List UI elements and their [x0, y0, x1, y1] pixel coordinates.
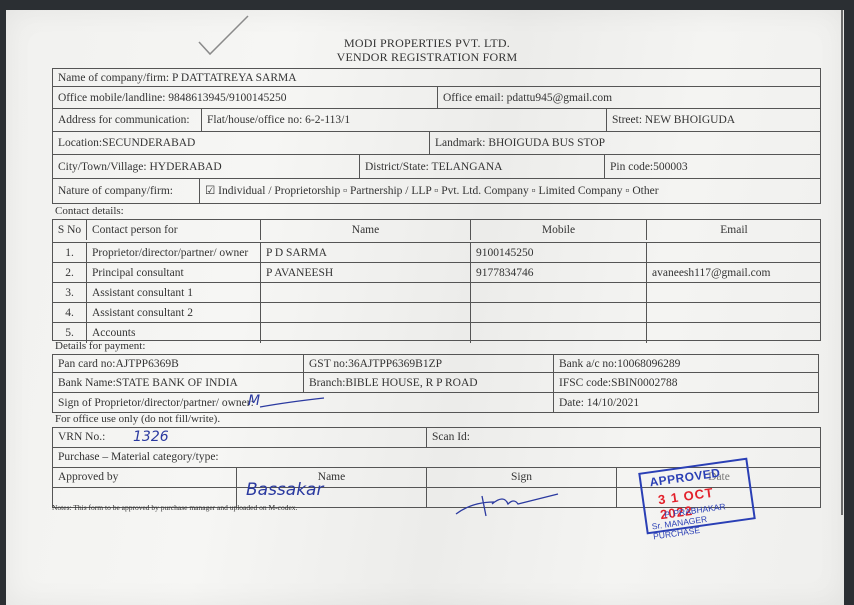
branch-field: Branch:BIBLE HOUSE, R P ROAD	[303, 373, 478, 392]
date-field: Date: 14/10/2021	[553, 393, 639, 412]
address-label: Address for communication:	[53, 111, 190, 129]
table-cell	[646, 283, 821, 303]
row-contact: Office mobile/landline: 9848613945/91001…	[52, 87, 821, 109]
table-cell	[646, 303, 821, 323]
bank-account-field: Bank a/c no:10068096289	[553, 355, 680, 373]
table-cell	[260, 303, 470, 323]
company-heading: MODI PROPERTIES PVT. LTD.	[0, 36, 854, 51]
approver-signature	[452, 490, 562, 518]
bank-name-field: Bank Name:STATE BANK OF INDIA	[53, 374, 238, 392]
sign-label: Sign of Proprietor/director/partner/ own…	[53, 394, 254, 412]
column-header: S No	[53, 220, 86, 240]
approval-date-cell	[616, 488, 622, 507]
table-cell: 2.	[53, 263, 86, 283]
district-field: District/State: TELANGANA	[359, 155, 502, 178]
office-email-field: Office email: pdattu945@gmail.com	[437, 87, 612, 108]
office-mobile-field: Office mobile/landline: 9848613945/91001…	[53, 89, 286, 107]
contacts-header-row: S NoContact person forNameMobileEmail	[53, 220, 820, 240]
ifsc-field: IFSC code:SBIN0002788	[553, 373, 678, 392]
table-cell: Principal consultant	[86, 263, 260, 283]
purchase-category-field: Purchase – Material category/type:	[53, 448, 219, 466]
form-title: VENDOR REGISTRATION FORM	[0, 50, 854, 65]
location-field: Location:SECUNDERABAD	[53, 134, 195, 152]
table-cell: Assistant consultant 2	[86, 303, 260, 323]
table-row: 2.Principal consultantP AVANEESH91778347…	[53, 262, 820, 283]
table-row: 1.Proprietor/director/partner/ ownerP D …	[53, 242, 820, 263]
table-cell: avaneesh117@gmail.com	[646, 263, 821, 283]
sign-header: Sign	[426, 468, 616, 487]
row-bank: Bank Name:STATE BANK OF INDIA Branch:BIB…	[52, 373, 819, 393]
gst-field: GST no:36AJTPP6369B1ZP	[303, 355, 442, 373]
contacts-table: S NoContact person forNameMobileEmail1.P…	[52, 219, 821, 341]
row-location: Location:SECUNDERABAD Landmark: BHOIGUDA…	[52, 132, 821, 155]
table-cell: P D SARMA	[260, 243, 470, 263]
city-field: City/Town/Village: HYDERABAD	[53, 158, 222, 176]
table-cell	[646, 323, 821, 343]
row-pan: Pan card no:AJTPP6369B GST no:36AJTPP636…	[52, 354, 819, 373]
column-header: Name	[260, 220, 470, 240]
row-nature: Nature of company/firm: ☑ Individual / P…	[52, 179, 821, 204]
paper-edge	[841, 10, 843, 515]
table-cell	[470, 323, 646, 343]
payment-section-label: Details for payment:	[55, 340, 145, 352]
column-header: Contact person for	[86, 220, 260, 240]
signature-stroke	[258, 396, 328, 410]
approver-name-handwriting: Bassakar	[246, 480, 323, 500]
row-company-name: Name of company/firm: P DATTATREYA SARMA	[52, 68, 821, 87]
table-row: 5.Accounts	[53, 322, 820, 343]
column-header: Email	[646, 220, 821, 240]
table-cell: 1.	[53, 243, 86, 263]
row-vrn: VRN No.: 1326 Scan Id:	[52, 427, 821, 448]
table-cell: Assistant consultant 1	[86, 283, 260, 303]
street-field: Street: NEW BHOIGUDA	[606, 109, 735, 131]
form-note: Notes: This form to be approved by purch…	[52, 503, 297, 512]
landmark-field: Landmark: BHOIGUDA BUS STOP	[429, 132, 605, 154]
table-cell: P AVANEESH	[260, 263, 470, 283]
table-cell	[646, 243, 821, 263]
table-cell: Proprietor/director/partner/ owner	[86, 243, 260, 263]
contact-section-label: Contact details:	[55, 205, 124, 217]
table-cell: 9177834746	[470, 263, 646, 283]
pin-field: Pin code:500003	[604, 155, 688, 178]
vrn-value: 1326	[133, 429, 169, 445]
table-cell	[470, 303, 646, 323]
table-row: 3.Assistant consultant 1	[53, 282, 820, 303]
row-sign: Sign of Proprietor/director/partner/ own…	[52, 393, 819, 413]
table-cell: 4.	[53, 303, 86, 323]
table-cell	[260, 323, 470, 343]
company-name-field: Name of company/firm: P DATTATREYA SARMA	[53, 69, 297, 87]
row-address: Address for communication: Flat/house/of…	[52, 109, 821, 132]
office-section-label: For office use only (do not fill/write).	[55, 413, 220, 425]
row-city: City/Town/Village: HYDERABAD District/St…	[52, 155, 821, 179]
table-cell	[470, 283, 646, 303]
table-cell: 3.	[53, 283, 86, 303]
table-cell	[260, 283, 470, 303]
column-header: Mobile	[470, 220, 646, 240]
table-row: 4.Assistant consultant 2	[53, 302, 820, 323]
approved-by-label: Approved by	[53, 468, 118, 486]
nature-options[interactable]: ☑ Individual / Proprietorship ▫ Partners…	[199, 179, 659, 203]
table-cell: 9100145250	[470, 243, 646, 263]
pan-field: Pan card no:AJTPP6369B	[53, 355, 179, 373]
scan-id-field: Scan Id:	[426, 428, 470, 448]
nature-label: Nature of company/firm:	[53, 182, 173, 200]
vrn-label: VRN No.:	[53, 428, 105, 446]
flat-field: Flat/house/office no: 6-2-113/1	[201, 109, 350, 131]
